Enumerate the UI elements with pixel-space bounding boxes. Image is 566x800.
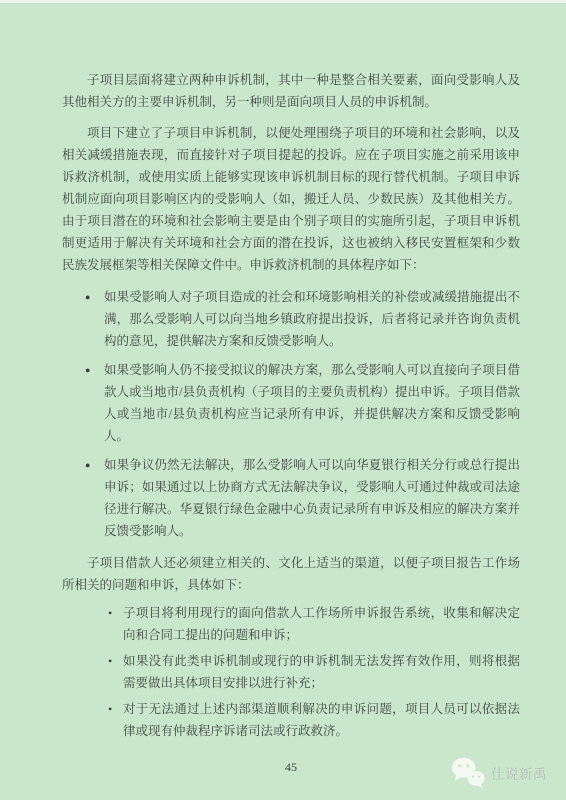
list-item-text: 如果受影响人对子项目造成的社会和环境影响相关的补偿或减缓措施提出不满，那么受影响… [104, 286, 520, 352]
sub-bullet-icon: • [108, 650, 123, 672]
document-page: 子项目层面将建立两种申诉机制，其中一种是整合相关要素，面向受影响人及其他相关方的… [62, 69, 520, 778]
list-item-text: 对于无法通过上述内部渠道顺利解决的申诉问题，项目人员可以依据法律或现有仲裁程序诉… [123, 698, 520, 742]
list-item: ● 如果受影响人对子项目造成的社会和环境影响相关的补偿或减缓措施提出不满，那么受… [62, 286, 520, 352]
bullet-icon: ● [85, 286, 104, 308]
sub-bullet-icon: • [108, 698, 123, 720]
paragraph-workplace-channels: 子项目借款人还必须建立相关的、文化上适当的渠道，以便子项目报告工作场所相关的问题… [62, 552, 520, 596]
list-item: • 子项目将利用现行的面向借款人工作场所申诉报告系统，收集和解决定向和合同工提出… [62, 602, 520, 646]
paragraph-grm-overview: 项目下建立了子项目申诉机制，以便处理围绕子项目的环境和社会影响，以及相关减缓措施… [62, 122, 520, 276]
list-item: ● 如果受影响人仍不接受拟议的解决方案，那么受影响人可以直接向子项目借款人或当地… [62, 359, 520, 447]
list-item-text: 如果受影响人仍不接受拟议的解决方案，那么受影响人可以直接向子项目借款人或当地市/… [104, 359, 520, 447]
list-item-text: 如果没有此类申诉机制或现行的申诉机制无法发挥有效作用，则将根据需要做出具体项目安… [123, 650, 520, 694]
watermark: 仕说新禹 [449, 754, 547, 792]
watermark-label: 仕说新禹 [491, 763, 547, 783]
bullet-icon: ● [85, 359, 104, 381]
list-item: • 对于无法通过上述内部渠道顺利解决的申诉问题，项目人员可以依据法律或现有仲裁程… [62, 698, 520, 742]
wechat-icon [449, 754, 487, 792]
sub-bullet-icon: • [108, 602, 123, 624]
page-top-edge [0, 0, 566, 3]
bullet-icon: ● [85, 454, 104, 476]
paragraph-intro: 子项目层面将建立两种申诉机制，其中一种是整合相关要素，面向受影响人及其他相关方的… [62, 69, 520, 113]
list-item: ● 如果争议仍然无法解决，那么受影响人可以向华夏银行相关分行或总行提出申诉；如果… [62, 454, 520, 542]
list-item-text: 如果争议仍然无法解决，那么受影响人可以向华夏银行相关分行或总行提出申诉；如果通过… [104, 454, 520, 542]
list-item-text: 子项目将利用现行的面向借款人工作场所申诉报告系统，收集和解决定向和合同工提出的问… [123, 602, 520, 646]
list-item: • 如果没有此类申诉机制或现行的申诉机制无法发挥有效作用，则将根据需要做出具体项… [62, 650, 520, 694]
